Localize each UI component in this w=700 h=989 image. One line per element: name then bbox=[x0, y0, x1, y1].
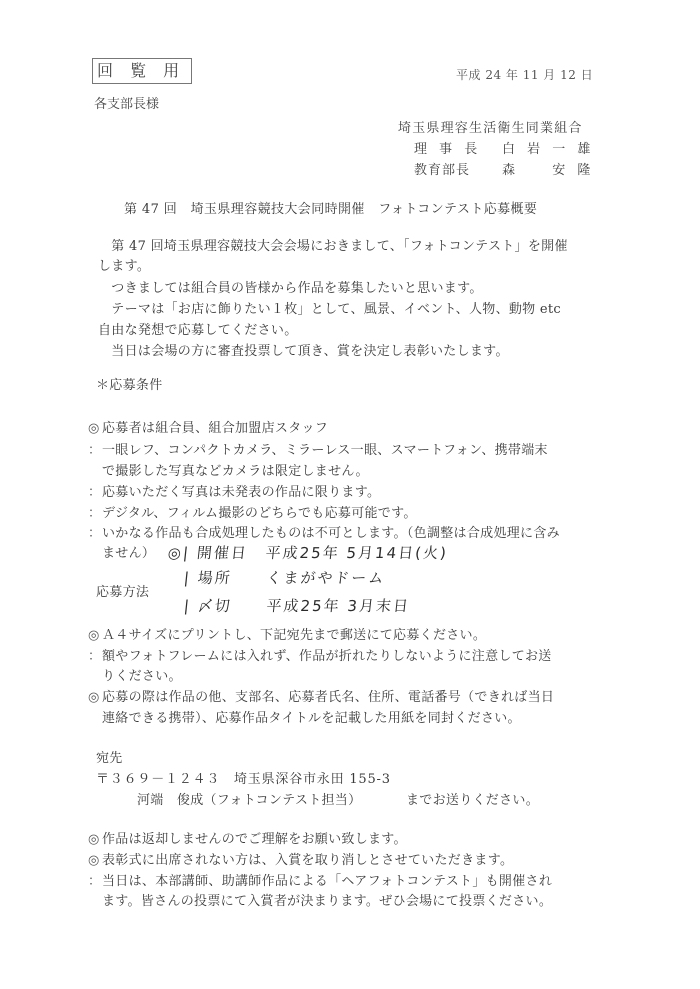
intro-line: します。 bbox=[98, 258, 150, 275]
organization-name: 埼玉県理容生活衛生同業組合 bbox=[398, 117, 583, 136]
circulation-stamp: 回 覧 用 bbox=[92, 58, 192, 84]
document-title: 第 47 回 埼玉県理容競技大会同時開催 フォトコンテスト応募概要 bbox=[124, 198, 537, 217]
method-line: ◎応募の際は作品の他、支部名、応募者氏名、住所、電話番号（できれば当日 bbox=[88, 689, 554, 706]
condition-line: ◎応募者は組合員、組合加盟店スタッフ bbox=[88, 420, 328, 437]
double-circle-icon: ◎ bbox=[88, 831, 102, 848]
colon-marker: ： bbox=[88, 873, 102, 890]
colon-marker: ： bbox=[88, 648, 102, 665]
signatory-role-chairman: 理 事 長 bbox=[414, 138, 481, 157]
condition-line: ：一眼レフ、コンパクトカメラ、ミラーレス一眼、スマートフォン、携帯端末 bbox=[88, 442, 548, 459]
signatory-role-education: 教育部長 bbox=[414, 159, 470, 178]
handwritten-venue: | 場所 くまがやドーム bbox=[183, 567, 387, 588]
document-date: 平成 24 年 11 月 12 日 bbox=[456, 66, 593, 83]
double-circle-icon: ◎ bbox=[88, 852, 102, 869]
method-line: りください。 bbox=[88, 668, 182, 685]
intro-line: テーマは「お店に飾りたい１枚」として、風景、イベント、人物、動物 etc bbox=[98, 301, 561, 318]
conditions-heading: ＊応募条件 bbox=[96, 377, 163, 394]
double-circle-icon: ◎ bbox=[88, 420, 102, 437]
destination-contact: 河端 俊成（フォトコンテスト担当） bbox=[137, 792, 361, 809]
intro-line: 自由な発想で応募してください。 bbox=[98, 322, 298, 339]
intro-line: 第 47 回埼玉県理容競技大会会場におきまして、「フォトコンテスト」を開催 bbox=[98, 238, 568, 255]
colon-marker: ： bbox=[88, 505, 102, 522]
double-circle-icon: ◎ bbox=[88, 627, 102, 644]
condition-line: ：デジタル、フィルム撮影のどちらでも応募可能です。 bbox=[88, 505, 417, 522]
signatory-name-education: 森 安 隆 bbox=[502, 159, 594, 178]
note-line: ：当日は、本部講師、助講師作品による「ヘアフォトコンテスト」も開催され bbox=[88, 873, 552, 890]
note-line: ◎表彰式に出席されない方は、入賞を取り消しとさせていただきます。 bbox=[88, 852, 513, 869]
double-circle-icon: ◎ bbox=[88, 689, 102, 706]
addressee: 各支部長様 bbox=[94, 93, 159, 112]
signatory-name-chairman: 白 岩 一 雄 bbox=[502, 138, 594, 157]
condition-line: ：いかなる作品も合成処理したものは不可とします。（色調整は合成処理に含み bbox=[88, 525, 560, 542]
condition-line: ：応募いただく写真は未発表の作品に限ります。 bbox=[88, 484, 380, 501]
destination-postal-address: 〒３６９－１２４３ 埼玉県深谷市永田 155-3 bbox=[96, 771, 391, 788]
condition-line: ません） bbox=[88, 545, 155, 562]
destination-heading: 宛先 bbox=[96, 750, 123, 767]
colon-marker: ： bbox=[88, 442, 102, 459]
method-line: ：額やフォトフレームには入れず、作品が折れたりしないように注意してお送 bbox=[88, 648, 552, 665]
method-line: ◎Ａ４サイズにプリントし、下記宛先まで郵送にて応募ください。 bbox=[88, 627, 486, 644]
destination-closing: までお送りください。 bbox=[406, 792, 539, 809]
intro-line: つきましては組合員の皆様から作品を募集したいと思います。 bbox=[98, 280, 483, 297]
note-line: ◎作品は返却しませんのでご理解をお願い致します。 bbox=[88, 831, 407, 848]
handwritten-deadline: | 〆切 平成25年 3月末日 bbox=[183, 595, 411, 616]
handwritten-event-date: ◎| 開催日 平成25年 5月14日(火) bbox=[167, 542, 449, 563]
colon-marker: ： bbox=[88, 525, 102, 542]
colon-marker: ： bbox=[88, 484, 102, 501]
condition-line: で撮影した写真などカメラは限定しません。 bbox=[88, 463, 369, 480]
note-line: ます。皆さんの投票にて入賞者が決まります。ぜひ会場にて投票ください。 bbox=[88, 893, 552, 910]
intro-line: 当日は会場の方に審査投票して頂き、賞を決定し表彰いたします。 bbox=[98, 343, 509, 360]
method-line: 連絡できる携帯）、応募作品タイトルを記載した用紙を同封ください。 bbox=[88, 710, 521, 727]
method-heading: 応募方法 bbox=[96, 584, 149, 601]
